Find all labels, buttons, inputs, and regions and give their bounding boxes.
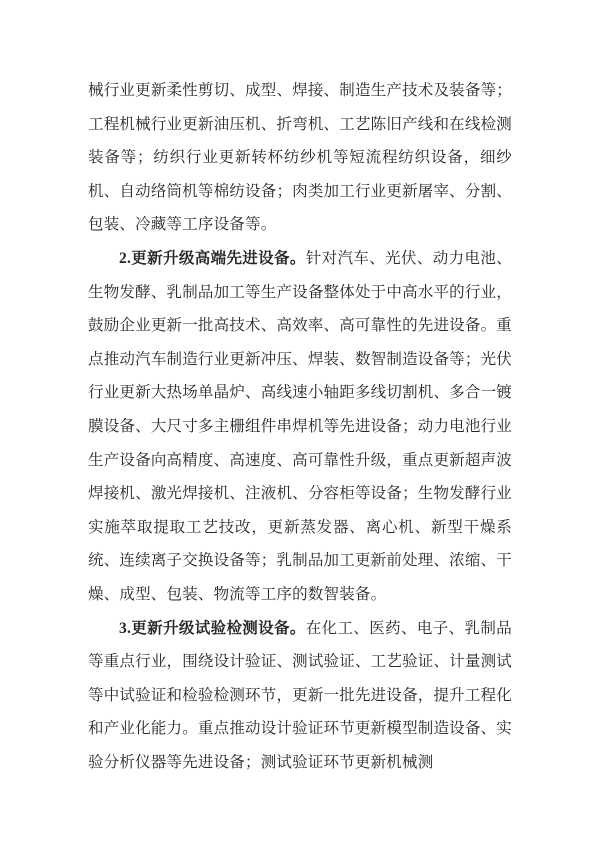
paragraph-lead-bold: 3.更新升级试验检测设备。 [119,620,306,637]
paragraph-text: 械行业更新柔性剪切、成型、焊接、制造生产技术及装备等；工程机械行业更新油压机、折… [88,82,512,233]
paragraph-text: 在化工、医药、电子、乳制品等重点行业，围绕设计验证、测试验证、工艺验证、计量测试… [88,620,512,771]
page-text-body: 械行业更新柔性剪切、成型、焊接、制造生产技术及装备等；工程机械行业更新油压机、折… [88,0,512,779]
paragraph-item-3: 3.更新升级试验检测设备。在化工、医药、电子、乳制品等重点行业，围绕设计验证、测… [88,612,512,780]
paragraph-lead-bold: 2.更新升级高端先进设备。 [119,250,306,267]
paragraph-continuation: 械行业更新柔性剪切、成型、焊接、制造生产技术及装备等；工程机械行业更新油压机、折… [88,74,512,242]
document-page: 械行业更新柔性剪切、成型、焊接、制造生产技术及装备等；工程机械行业更新油压机、折… [0,0,600,848]
paragraph-item-2: 2.更新升级高端先进设备。针对汽车、光伏、动力电池、生物发酵、乳制品加工等生产设… [88,242,512,612]
paragraph-text: 针对汽车、光伏、动力电池、生物发酵、乳制品加工等生产设备整体处于中高水平的行业，… [88,250,512,603]
